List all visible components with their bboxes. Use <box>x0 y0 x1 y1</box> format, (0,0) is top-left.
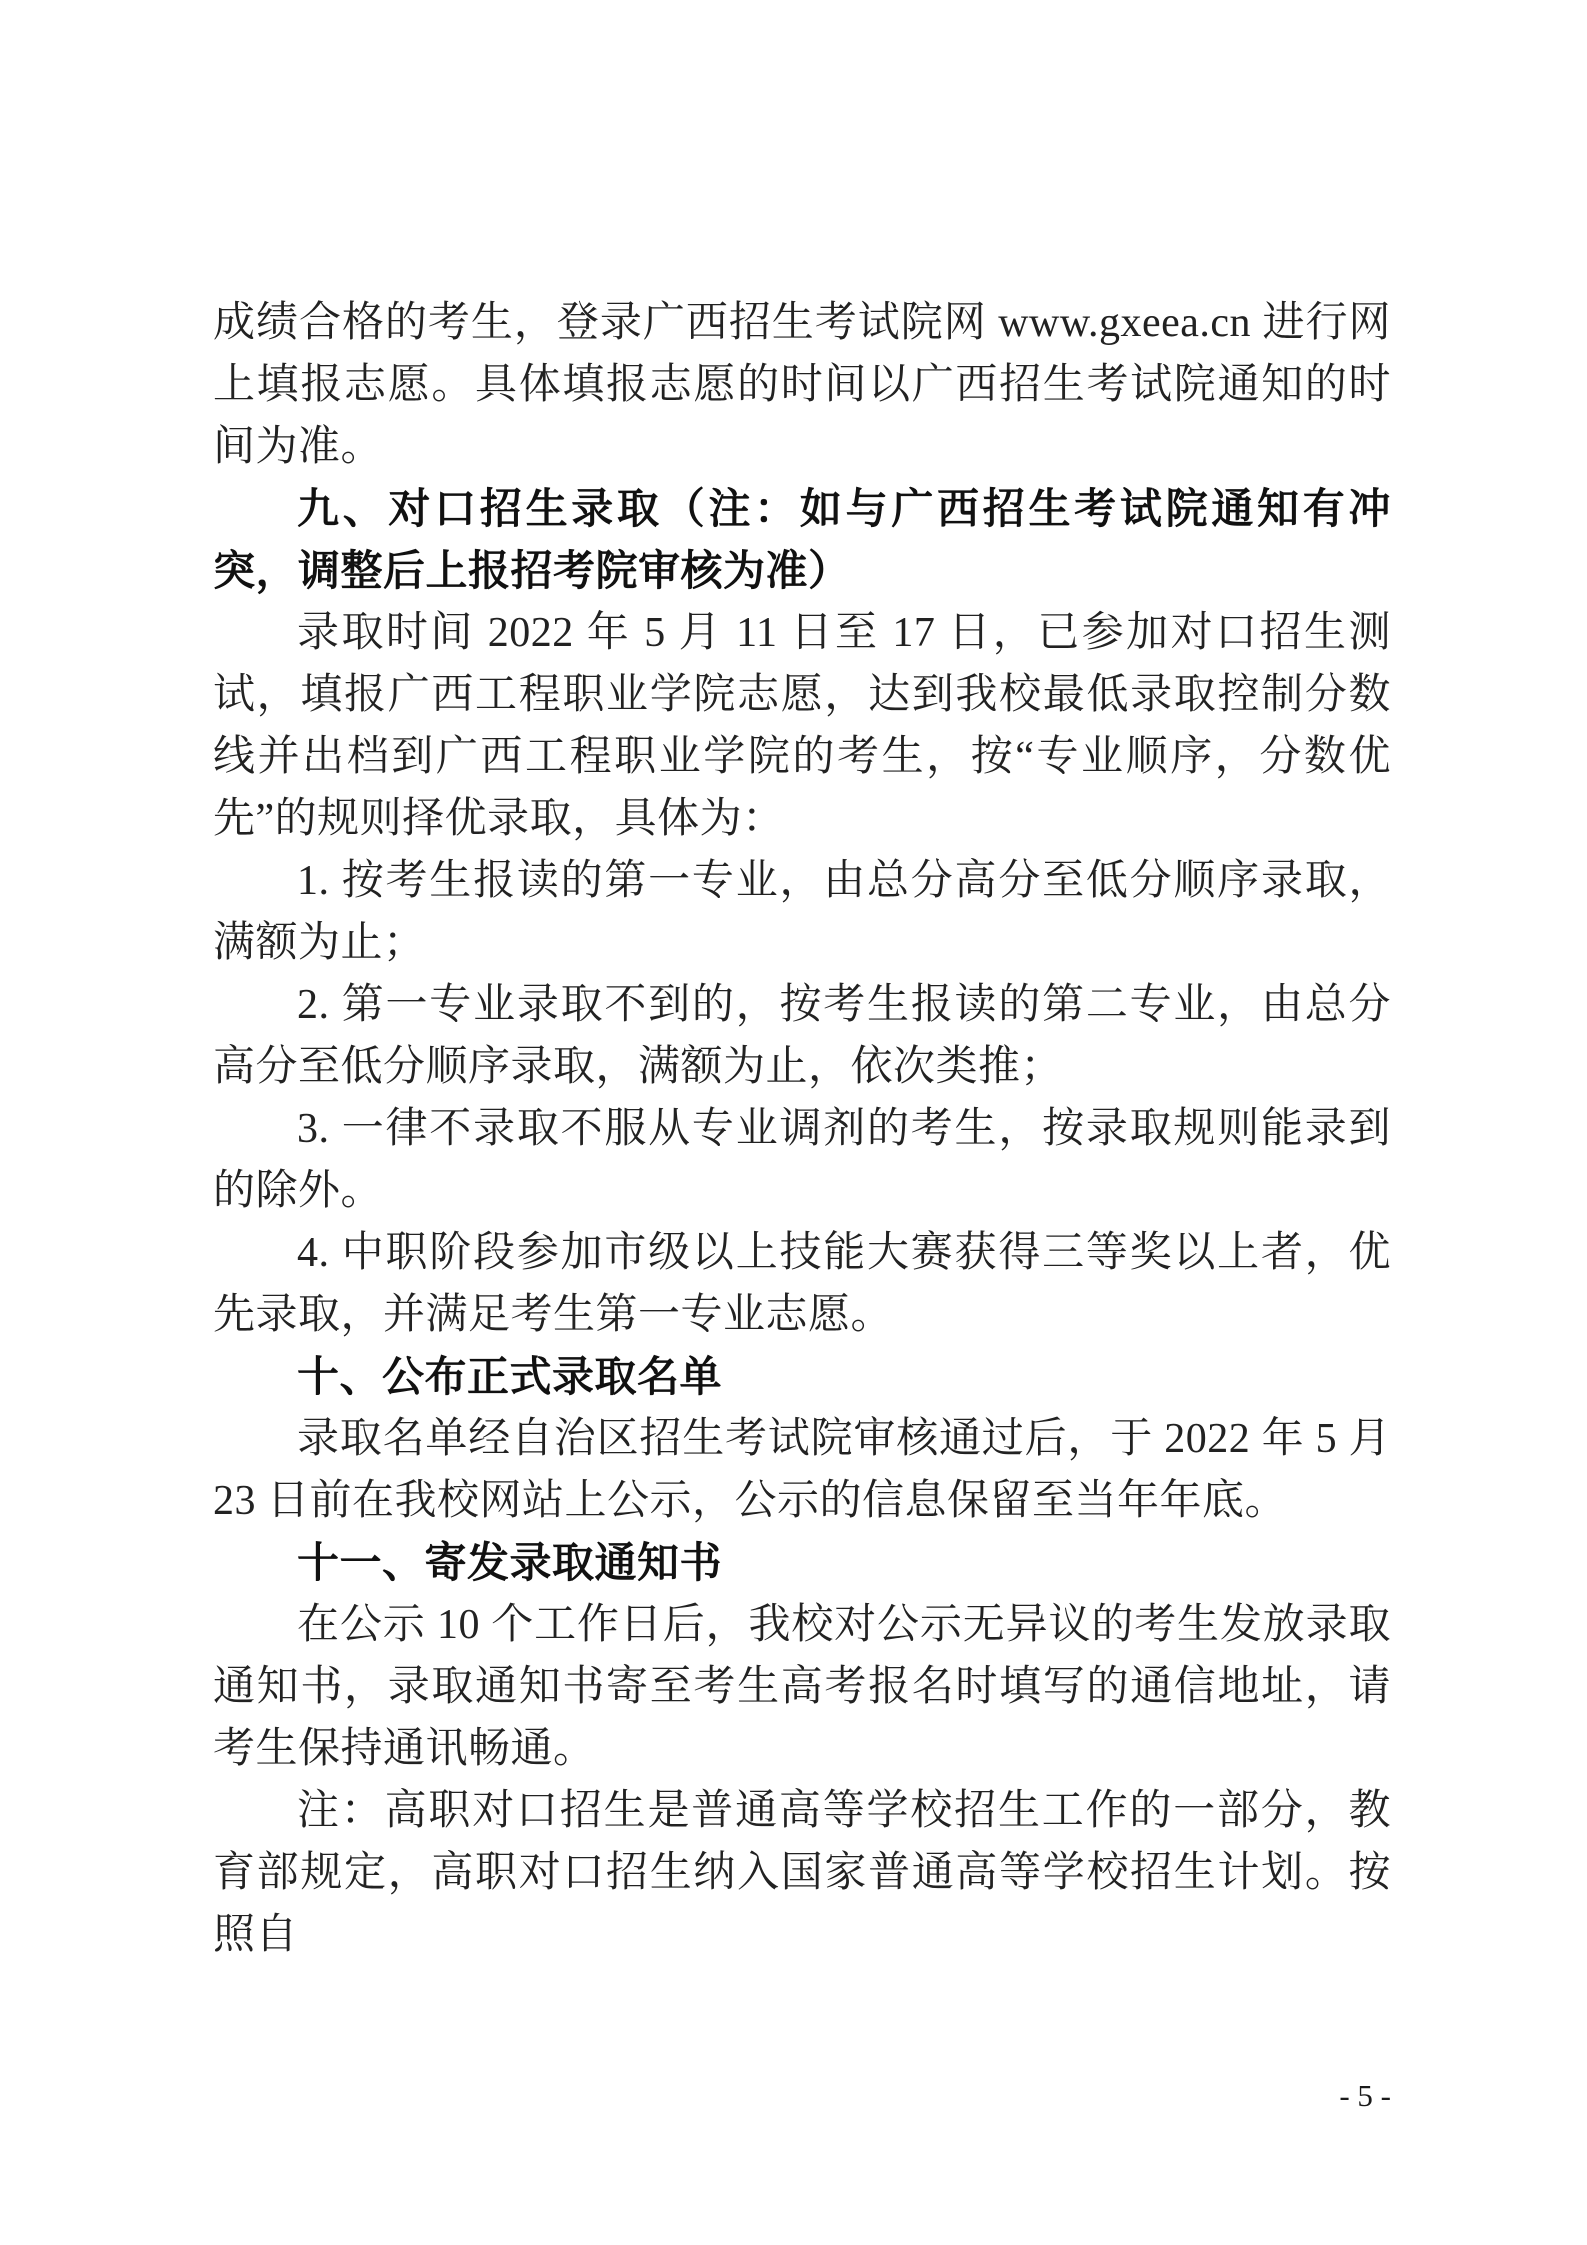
paragraph-note: 注：高职对口招生是普通高等学校招生工作的一部分，教育部规定，高职对口招生纳入国家… <box>213 1780 1391 1966</box>
paragraph-notice-letter: 在公示 10 个工作日后，我校对公示无异议的考生发放录取通知书，录取通知书寄至考… <box>213 1594 1391 1780</box>
list-item-rule-2: 2. 第一专业录取不到的，按考生报读的第二专业，由总分高分至低分顺序录取，满额为… <box>213 974 1391 1098</box>
list-item-rule-1: 1. 按考生报读的第一专业，由总分高分至低分顺序录取，满额为止； <box>213 850 1391 974</box>
list-item-rule-4: 4. 中职阶段参加市级以上技能大赛获得三等奖以上者，优先录取，并满足考生第一专业… <box>213 1222 1391 1346</box>
list-item-rule-3: 3. 一律不录取不服从专业调剂的考生，按录取规则能录到的除外。 <box>213 1098 1391 1222</box>
section-heading-11: 十一、寄发录取通知书 <box>213 1532 1391 1594</box>
section-heading-9: 九、对口招生录取（注：如与广西招生考试院通知有冲突，调整后上报招考院审核为准） <box>213 478 1391 602</box>
page-footer: - 5 - <box>213 2078 1391 2114</box>
document-body: 成绩合格的考生，登录广西招生考试院网 www.gxeea.cn 进行网上填报志愿… <box>213 292 1391 1966</box>
paragraph-publish-list: 录取名单经自治区招生考试院审核通过后，于 2022 年 5 月 23 日前在我校… <box>213 1408 1391 1532</box>
section-heading-10: 十、公布正式录取名单 <box>213 1346 1391 1408</box>
document-page: 成绩合格的考生，登录广西招生考试院网 www.gxeea.cn 进行网上填报志愿… <box>0 0 1587 2245</box>
page-number: - 5 - <box>1339 2078 1391 2113</box>
paragraph-admission-time: 录取时间 2022 年 5 月 11 日至 17 日，已参加对口招生测试，填报广… <box>213 602 1391 850</box>
paragraph-continuation: 成绩合格的考生，登录广西招生考试院网 www.gxeea.cn 进行网上填报志愿… <box>213 292 1391 478</box>
